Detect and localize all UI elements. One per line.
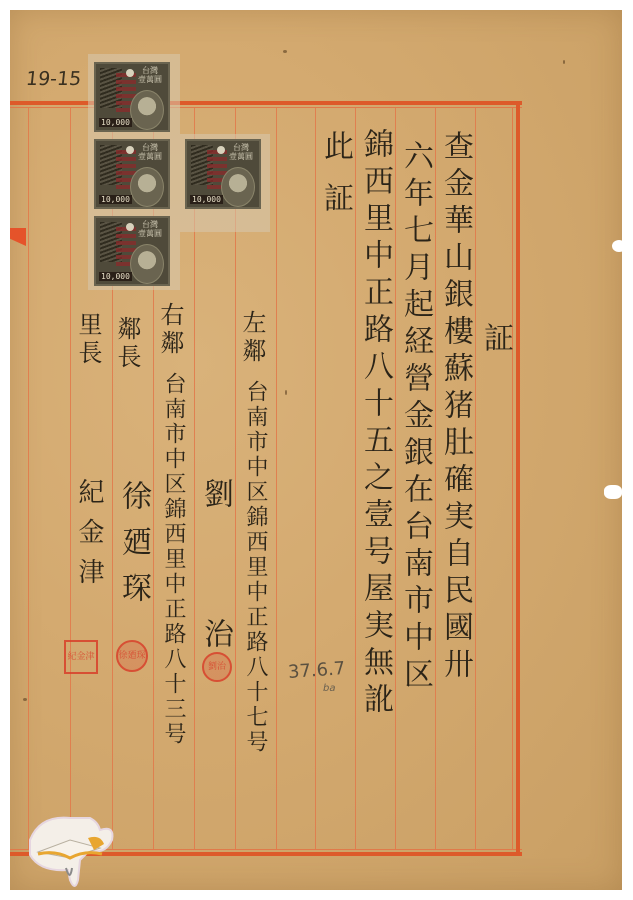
village-chief-name: 紀金津 [76,478,102,598]
stamp-header: 台灣 壹萬圓 [137,221,163,239]
portrait-icon [130,90,164,130]
left-neighbor-label: 左鄰 [240,310,264,366]
frame-top-rule [10,101,522,105]
sun-emblem-icon [217,146,225,154]
sun-emblem-icon [126,146,134,154]
column-rule [276,108,277,850]
column-rule [475,108,476,850]
frame-top-rule-inner [10,107,522,108]
archive-number: 19-15 [25,68,83,90]
body-column-1: 查金華山銀樓蘇猪肚確実自民國卅 [440,130,470,685]
archive-logo-icon [20,800,120,895]
sun-emblem-icon [126,69,134,77]
paper-speck [23,698,27,701]
stamp-header: 台灣 壹萬圓 [137,144,163,162]
right-neighbor-label: 右鄰 [158,302,182,358]
stamp-header: 台灣 壹萬圓 [137,67,163,85]
stamp-value: 10,000 [99,272,132,281]
paper-speck [563,60,565,64]
revenue-stamp: 台灣 壹萬圓 10,000 [185,139,261,209]
body-column-3: 錦西里中正路八十五之壹号屋実無訛 [360,128,390,720]
revenue-stamp: 台灣 壹萬圓 10,000 [94,139,170,209]
stamp-value: 10,000 [99,195,132,204]
column-rule [70,108,71,850]
stamp-value: 10,000 [190,195,223,204]
body-column-4: 此証 [320,130,350,234]
paper-hole [612,240,626,252]
paper-hole [604,485,622,499]
neighborhood-chief-label: 鄰長 [115,316,139,372]
frame-right-rule-inner [512,107,513,850]
paper-speck [285,390,287,395]
body-column-2: 六年七月起経營金銀在台南市中区 [400,140,430,695]
village-chief-label: 里長 [76,312,100,368]
sun-emblem-icon [126,223,134,231]
village-chief-seal: 紀金津 [64,640,98,674]
right-neighbor-name: 徐廼琛 [118,480,148,618]
portrait-icon [130,167,164,207]
pencil-sub-note: ba [323,683,335,694]
left-neighbor-seal: 劉治 [202,652,232,682]
column-rule [435,108,436,850]
column-rule [395,108,396,850]
pencil-date-note: 37.6.7 [287,658,346,683]
stamp-value: 10,000 [99,118,132,127]
portrait-icon [221,167,255,207]
column-rule [315,108,316,850]
column-rule [355,108,356,850]
portrait-icon [130,244,164,284]
left-neighbor-address: 台南市中区錦西里中正路八十七号 [244,380,266,755]
stamp-header: 台灣 壹萬圓 [228,144,254,162]
frame-right-rule [516,101,520,856]
right-neighbor-seal: 徐廼琛 [116,640,148,672]
document-title: 証 [480,322,510,359]
column-rule [28,108,29,850]
paper-speck [283,50,287,53]
revenue-stamp: 台灣 壹萬圓 10,000 [94,62,170,132]
revenue-stamp: 台灣 壹萬圓 10,000 [94,216,170,286]
right-neighbor-address: 台南市中区錦西里中正路八十三号 [162,372,184,747]
